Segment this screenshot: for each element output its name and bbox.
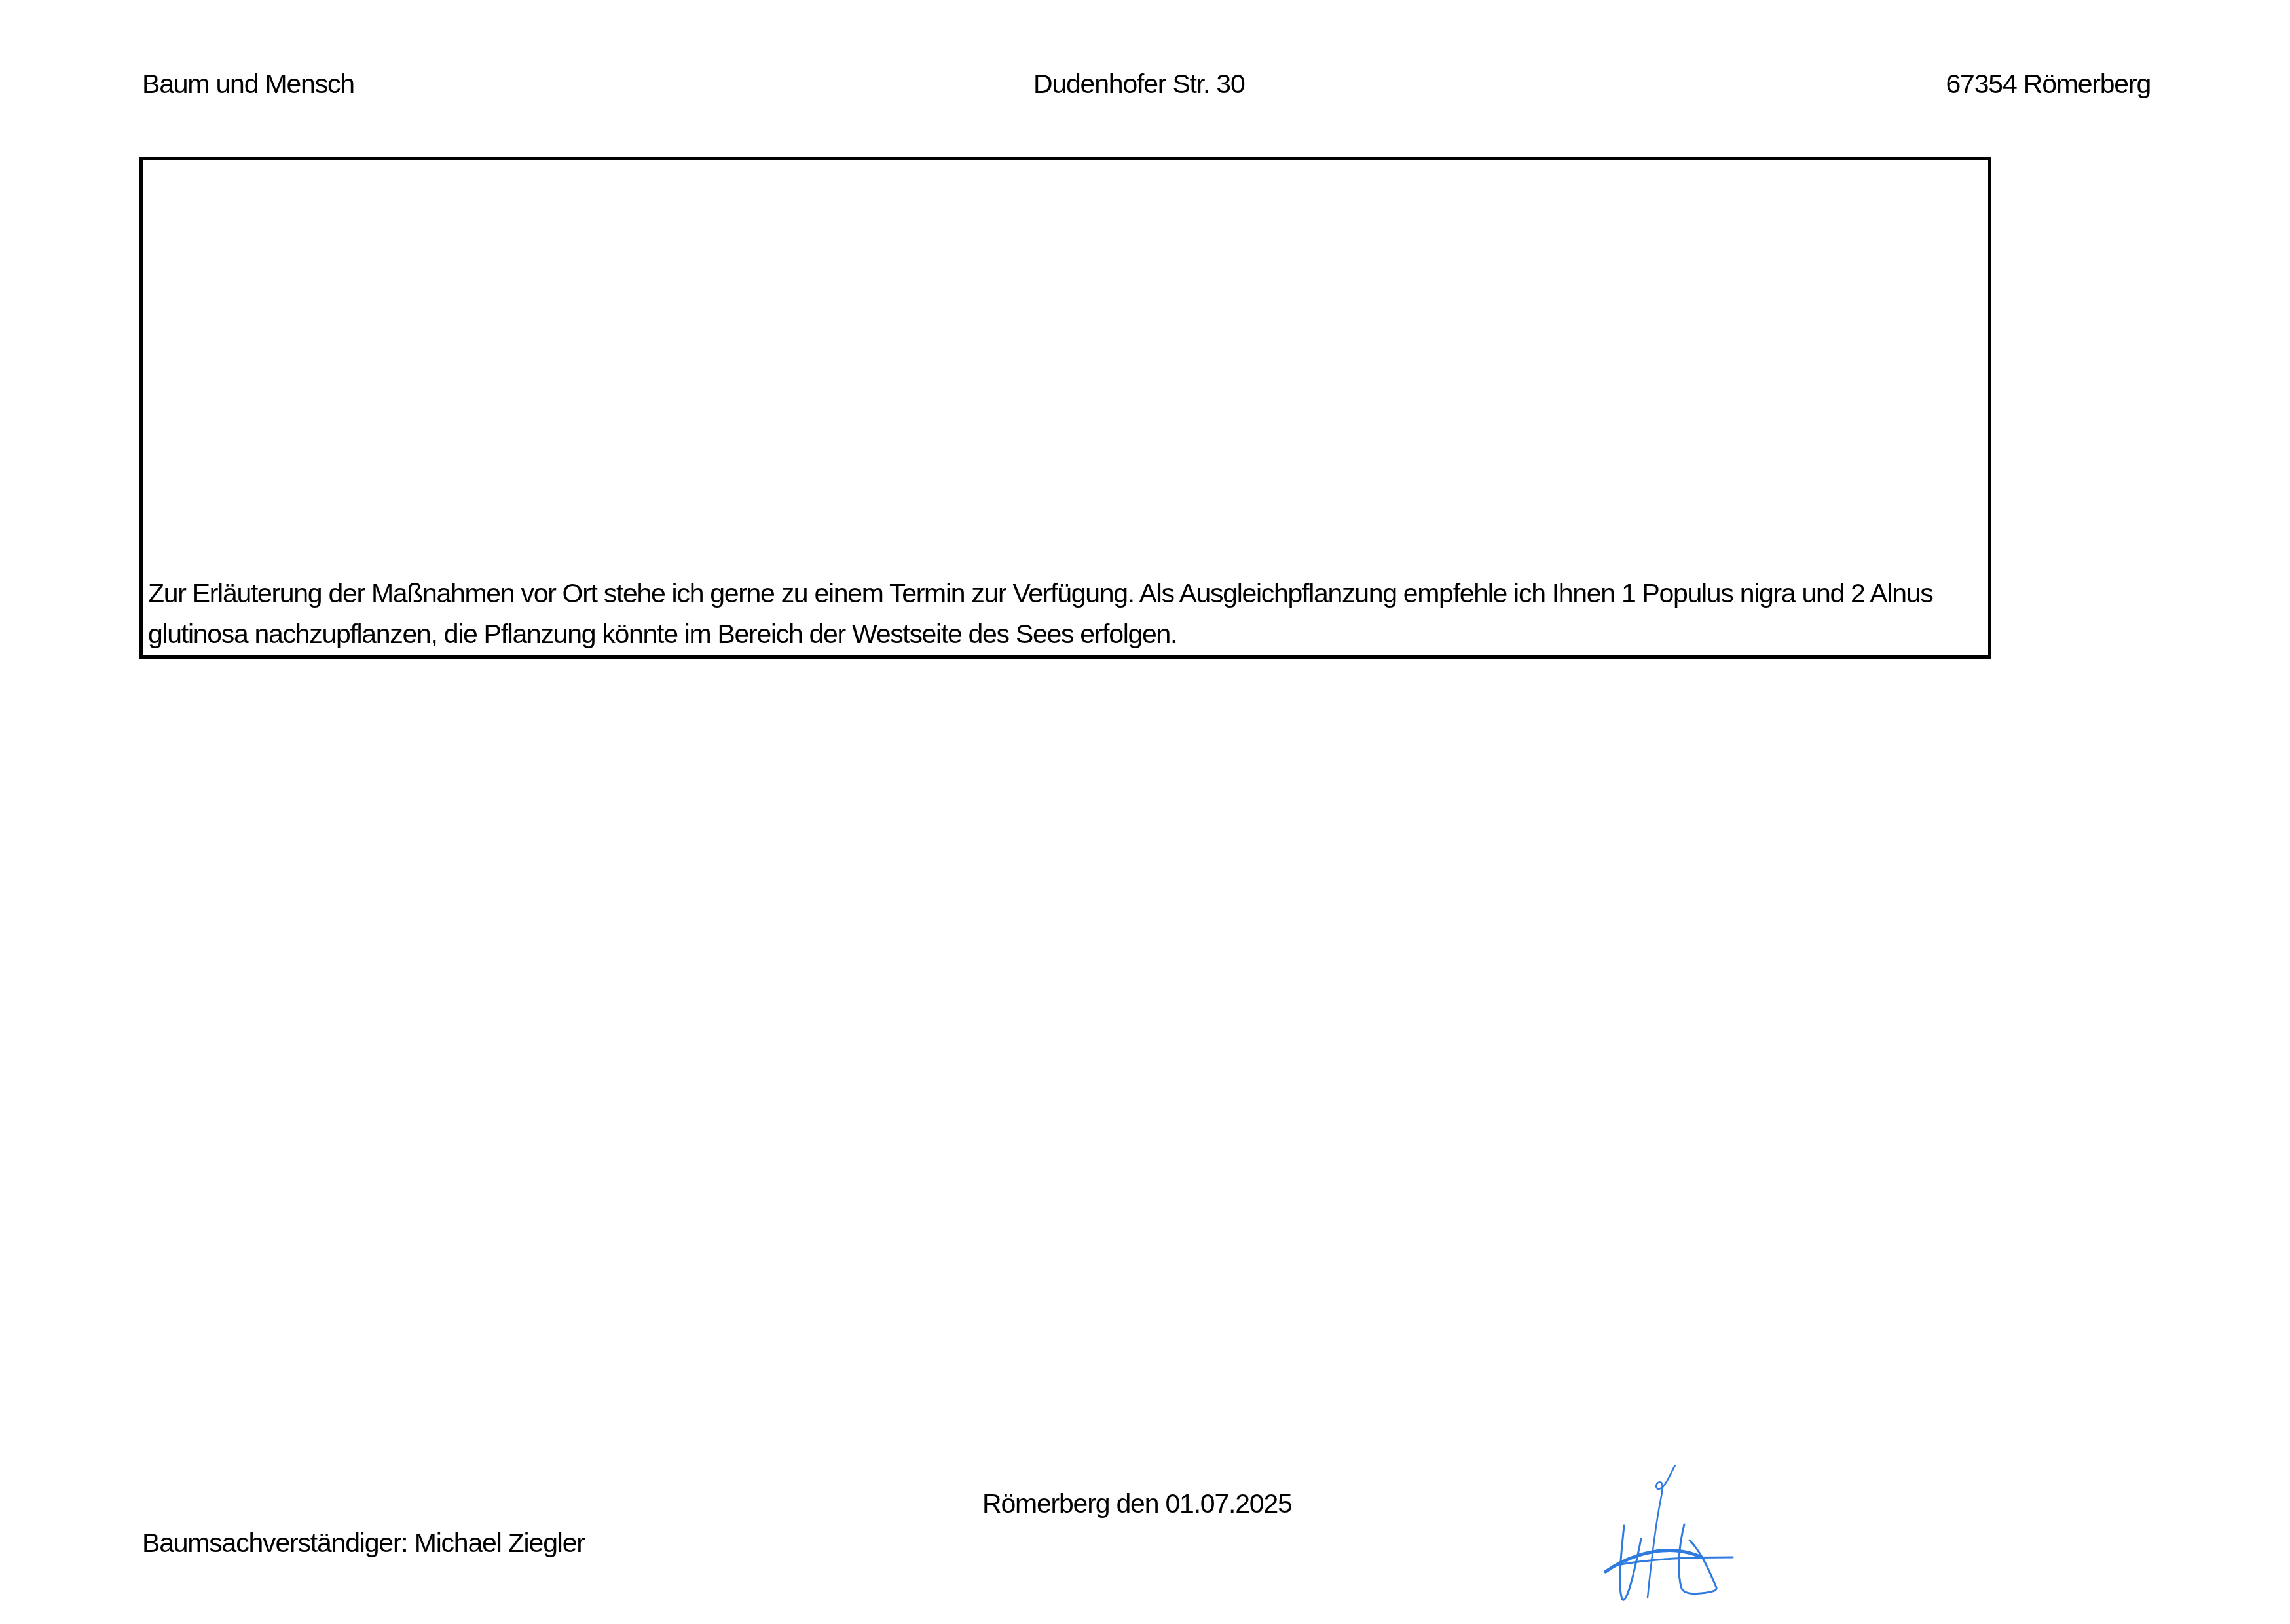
header-city: 67354 Römerberg xyxy=(1946,65,2151,102)
header-company-name: Baum und Mensch xyxy=(142,65,354,102)
content-box: Zur Erläuterung der Maßnahmen vor Ort st… xyxy=(139,157,1991,659)
signature-icon xyxy=(1598,1460,1814,1604)
header-street-address: Dudenhofer Str. 30 xyxy=(1033,65,1245,102)
recommendation-text: Zur Erläuterung der Maßnahmen vor Ort st… xyxy=(148,573,1975,654)
expert-name: Baumsachverständiger: Michael Ziegler xyxy=(142,1524,585,1561)
place-and-date: Römerberg den 01.07.2025 xyxy=(982,1485,1292,1522)
